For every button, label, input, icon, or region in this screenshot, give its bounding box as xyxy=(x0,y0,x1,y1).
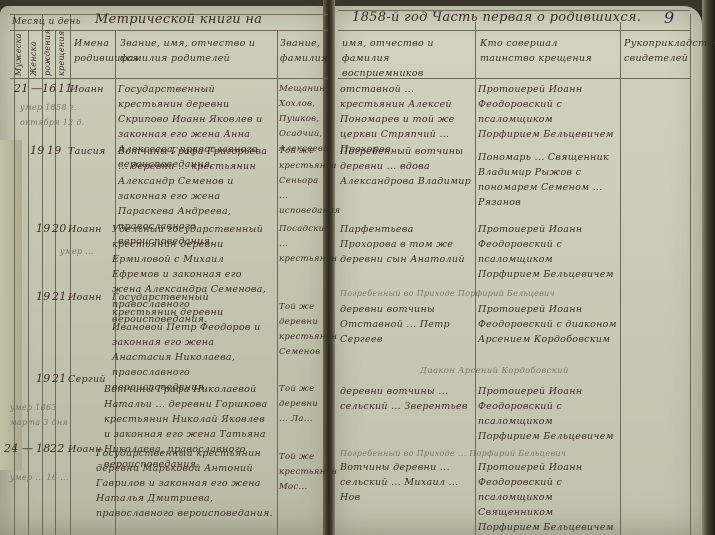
entry-female: — xyxy=(31,82,42,95)
entry-sponsors-left: Посадский ... крестьянин xyxy=(279,222,323,267)
entry-side-note: умер 1858 г. октября 12 д. xyxy=(20,100,110,130)
entry-side-note: умер ... xyxy=(60,244,110,259)
entry-priest: Протоиерей Иоанн Феодоровский с псаломщи… xyxy=(478,82,618,142)
entry-female: 19 xyxy=(36,372,51,385)
entry-birth-day: 19 xyxy=(47,144,62,157)
header-sponsors-a: Звание, фамилия xyxy=(280,36,322,66)
entry-priest: Протоиерей Иоанн Феодоровский с псаломщи… xyxy=(478,222,618,282)
rule-line xyxy=(690,14,691,535)
header-baptism: крещения xyxy=(57,36,66,76)
entry-side-note: умер ... 16 ... xyxy=(10,470,80,485)
header-sponsors-b: имя, отчество и фамилия восприемников xyxy=(342,36,470,81)
entry-sponsors-right: Вотчины деревни ... сельский ... Михаил … xyxy=(340,460,473,505)
entry-sponsors-left: Той же крестьянки Сеньора ... исповедани… xyxy=(279,144,323,219)
header-birth: рождения xyxy=(43,36,52,76)
entry-priest: Протоиерей Иоанн Феодоровский с псаломщи… xyxy=(478,384,618,444)
entry-female: — xyxy=(22,442,33,455)
entry-note: Погребенный во Приходе Порфирий Бельцеви… xyxy=(340,286,620,301)
entry-baptism-day: 22 xyxy=(50,442,65,455)
book-binding-gutter xyxy=(323,0,335,535)
entry-birth-day: 16 xyxy=(42,82,57,95)
entry-priest: Пономарь ... Священник Владимир Рыжов с … xyxy=(478,150,618,210)
header-female: Женска xyxy=(29,36,38,76)
entry-birth-day: 20 xyxy=(52,222,67,235)
right-page-edge xyxy=(702,0,715,535)
header-male: Мужеска xyxy=(14,36,23,76)
entry-name: Иоанн xyxy=(70,82,115,97)
entry-sponsors-right: деревни вотчины Отставной ... Петр Серге… xyxy=(340,302,473,347)
entry-name: Иоанн xyxy=(68,290,116,305)
entry-note: Диакон Арсений Кордобовский xyxy=(420,364,620,379)
header-parents: Звание, имя, отчество и фамилия родителе… xyxy=(120,36,270,66)
header-name: Имена родившихся xyxy=(74,36,114,66)
entry-female: 19 xyxy=(30,144,45,157)
entry-sponsors-right: деревни вотчины ... сельский ... Зверент… xyxy=(340,384,473,414)
header-priest: Кто совершал таинство крещения xyxy=(480,36,615,66)
entry-sponsors-right: Погребенный вотчины деревни ... вдова Ал… xyxy=(340,144,473,189)
entry-parents: Государственный крестьянин деревни Марьк… xyxy=(96,446,274,521)
entry-birth-day: 21 xyxy=(52,372,67,385)
entry-female: 19 xyxy=(36,222,51,235)
entry-birth-day: 18 xyxy=(36,442,51,455)
header-signature: Рукоприкладство свидетелей xyxy=(624,36,688,66)
rule-line xyxy=(620,22,621,535)
entry-name: Иоанн xyxy=(68,222,116,237)
entry-priest: Протоиерей Иоанн Феодоровский с диаконом… xyxy=(478,302,618,347)
right-header-title: 1858-й год Часть первая о родившихся. xyxy=(352,10,641,25)
entry-sponsors-left: Той же деревни ... Ла... xyxy=(279,382,323,427)
entry-note: Погребенный во Приходе ... Порфирий Бель… xyxy=(340,446,620,461)
register-book: Метрической книги на 1858-й год Часть пе… xyxy=(0,0,715,535)
header-months-group: Месяц и день xyxy=(12,17,81,27)
entry-female: 19 xyxy=(36,290,51,303)
entry-birth-day: 21 xyxy=(52,290,67,303)
entry-index: 21 xyxy=(14,82,29,95)
rule-line xyxy=(338,30,690,31)
page-number: 9 xyxy=(664,8,674,27)
entry-index: 24 xyxy=(4,442,19,455)
entry-priest: Протоиерей Иоанн Феодоровский с псаломщи… xyxy=(478,460,618,535)
entry-sponsors-right: Парфентьева Прохорова в том же деревни с… xyxy=(340,222,473,267)
entry-side-note: умер 1863 марта 3 дня xyxy=(10,400,80,430)
entry-parents: Государственный крестьянин деревни Ивано… xyxy=(112,290,274,395)
entry-name: Таисия xyxy=(68,144,116,159)
rule-line xyxy=(10,78,328,79)
rule-line xyxy=(277,30,278,535)
entry-sponsors-left: Той же крестьянин Мос... xyxy=(279,450,323,495)
left-header-title: Метрической книги на xyxy=(95,12,262,27)
entry-sponsors-left: Той же деревни крестьянин Семенов xyxy=(279,300,323,360)
